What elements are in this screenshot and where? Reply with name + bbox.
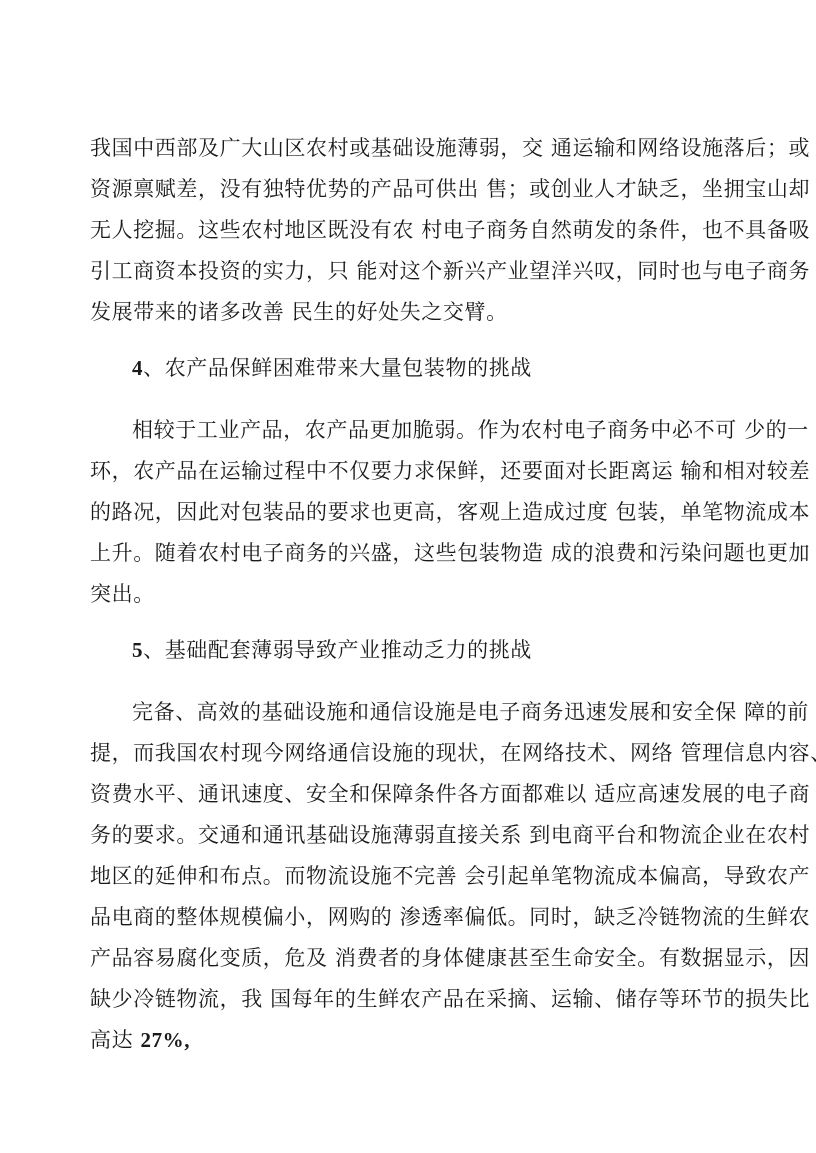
text-line: 务的要求。交通和通讯基础设施薄弱直接关系 到电商平台和物流企业在农村 <box>90 815 716 856</box>
text-line: 缺少冷链物流，我 国每年的生鲜农产品在采摘、运输、储存等环节的损失比 <box>90 979 716 1020</box>
loss-rate-figure: 27%, <box>140 1028 190 1052</box>
text-fragment: 高达 <box>90 1028 140 1052</box>
text-line: 我国中西部及广大山区农村或基础设施薄弱，交 通运输和网络设施落后；或 <box>90 128 716 169</box>
paragraph-packaging-challenge: 相较于工业产品，农产品更加脆弱。作为农村电子商务中必不可 少的一 环，农产品在运… <box>90 410 716 615</box>
text-line: 上升。随着农村电子商务的兴盛，这些包装物造 成的浪费和污染问题也更加 <box>90 533 716 574</box>
paragraph-infrastructure-weakness: 我国中西部及广大山区农村或基础设施薄弱，交 通运输和网络设施落后；或 资源禀赋差… <box>90 128 716 333</box>
text-line: 品电商的整体规模偏小，网购的 渗透率偏低。同时，缺乏冷链物流的生鲜农 <box>90 897 716 938</box>
text-line: 引工商资本投资的实力，只 能对这个新兴产业望洋兴叹，同时也与电子商务 <box>90 251 716 292</box>
section-number: 5 <box>132 638 143 662</box>
document-page: 我国中西部及广大山区农村或基础设施薄弱，交 通运输和网络设施落后；或 资源禀赋差… <box>90 128 716 1061</box>
text-line: 的路况，因此对包装品的要求也更高，客观上造成过度 包装，单笔物流成本 <box>90 492 716 533</box>
text-line: 发展带来的诸多改善 民生的好处失之交臂。 <box>90 292 716 333</box>
section-title: 、农产品保鲜困难带来大量包装物的挑战 <box>143 356 532 380</box>
paragraph-infrastructure-support: 完备、高效的基础设施和通信设施是电子商务迅速发展和安全保 障的前 提，而我国农村… <box>90 692 716 1061</box>
text-line: 资费水平、通讯速度、安全和保障条件各方面都难以 适应高速发展的电子商 <box>90 774 716 815</box>
text-line-final: 高达 27%, <box>90 1020 716 1061</box>
section-title: 、基础配套薄弱导致产业推动乏力的挑战 <box>143 638 532 662</box>
section-number: 4 <box>132 356 143 380</box>
text-line: 完备、高效的基础设施和通信设施是电子商务迅速发展和安全保 障的前 <box>90 692 716 733</box>
section-heading-5: 5、基础配套薄弱导致产业推动乏力的挑战 <box>90 630 716 671</box>
text-line: 相较于工业产品，农产品更加脆弱。作为农村电子商务中必不可 少的一 <box>90 410 716 451</box>
text-line: 资源禀赋差，没有独特优势的产品可供出 售；或创业人才缺乏，坐拥宝山却 <box>90 169 716 210</box>
text-line: 突出。 <box>90 574 716 615</box>
text-line: 地区的延伸和布点。而物流设施不完善 会引起单笔物流成本偏高，导致农产 <box>90 856 716 897</box>
text-line: 无人挖掘。这些农村地区既没有农 村电子商务自然萌发的条件，也不具备吸 <box>90 210 716 251</box>
text-line: 提，而我国农村现今网络通信设施的现状，在网络技术、网络 管理信息内容、 <box>90 733 716 774</box>
text-line: 环，农产品在运输过程中不仅要力求保鲜，还要面对长距离运 输和相对较差 <box>90 451 716 492</box>
text-line: 产品容易腐化变质，危及 消费者的身体健康甚至生命安全。有数据显示，因 <box>90 938 716 979</box>
section-heading-4: 4、农产品保鲜困难带来大量包装物的挑战 <box>90 348 716 389</box>
